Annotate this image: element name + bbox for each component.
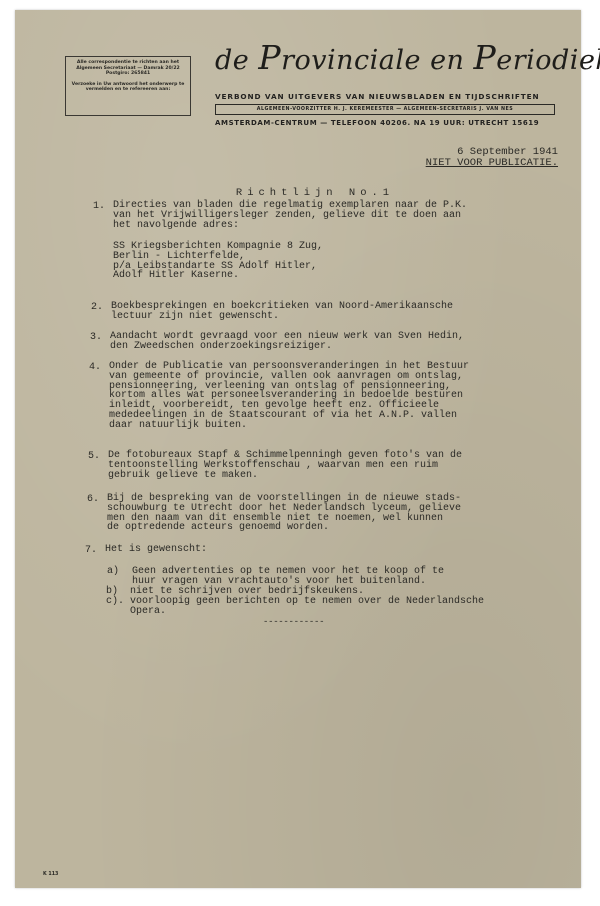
document-title: Richtlijn No.1 [215,187,415,199]
item-number: 5. [88,451,100,462]
letterhead-contact: AMSTERDAM-CENTRUM — TELEFOON 40206. NA 1… [215,119,557,127]
item-text: Het is gewenscht: [105,545,207,555]
item-text: Onder de Publicatie van persoonsverander… [109,362,469,431]
subitem-label: a) [107,566,119,577]
date-block: 6 September 1941 NIET VOOR PUBLICATIE. [403,147,558,169]
logo-text: de [215,45,258,76]
item-text: De fotobureaux Stapf & Schimmelpenningh … [108,451,462,480]
letterhead-officers: ALGEMEEN-VOORZITTER H. J. KEREMEESTER — … [215,104,555,115]
item-address: SS Kriegsberichten Kompagnie 8 Zug, Berl… [113,242,323,281]
item-number: 3. [90,332,102,343]
subitem-label: c). [106,596,124,607]
separator-line: ------------ [263,618,324,628]
logo-text: eriodieke [496,45,600,76]
footer-code: K 113 [43,872,58,877]
document-page: Alle correspondentie te richten aan het … [15,10,581,888]
item-text: Aandacht wordt gevraagd voor een nieuw w… [110,332,464,352]
item-text: Boekbesprekingen en boekcritieken van No… [111,302,453,322]
classification-label: NIET VOOR PUBLICATIE. [403,158,558,169]
item-number: 2. [91,302,103,313]
logo-text: rovinciale en [281,45,473,76]
subitem-text: voorloopig geen berichten op te nemen ov… [130,597,484,617]
correspondence-address: Alle correspondentie te richten aan het … [70,60,186,77]
logo-text: P [474,38,497,77]
item-number: 6. [87,494,99,505]
item-number: 7. [85,545,97,556]
item-text: Directies van bladen die regelmatig exem… [113,201,467,230]
letterhead-subtitle: VERBOND VAN UITGEVERS VAN NIEUWSBLADEN E… [215,92,557,101]
item-number: 1. [93,201,105,212]
reference-request: Verzoeke in Uw antwoord het onderwerp te… [70,82,186,93]
item-number: 4. [89,362,101,373]
correspondence-box: Alle correspondentie te richten aan het … [65,56,191,116]
logo-text: P [258,38,281,77]
item-text: Bij de bespreking van de voorstellingen … [107,494,461,533]
letterhead-logo: de Provinciale en Periodieke Pers [215,38,585,77]
subitem-text: Geen advertenties op te nemen voor het t… [132,567,444,587]
